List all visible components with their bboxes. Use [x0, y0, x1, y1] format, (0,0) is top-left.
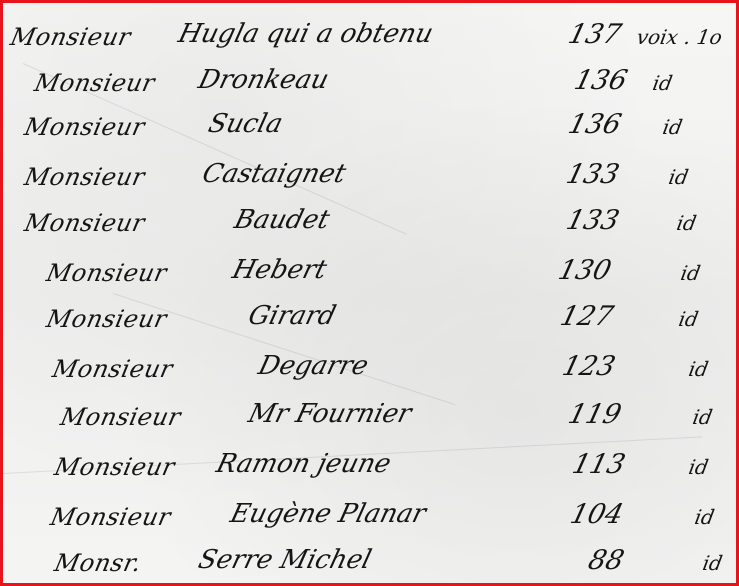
candidate-name: Dronkeau — [195, 65, 332, 95]
vote-count: 104 — [567, 499, 626, 530]
vote-count: 133 — [563, 159, 622, 190]
salutation: Monsieur — [44, 259, 170, 287]
salutation: Monsieur — [22, 113, 148, 141]
candidate-name: Mr Fournier — [245, 399, 414, 429]
tally-row: Monsieur Degarre 123 id — [3, 349, 736, 393]
tally-row: Monsieur Girard 127 id — [3, 299, 736, 343]
salutation: Monsieur — [22, 209, 148, 237]
salutation: Monsieur — [50, 355, 176, 383]
document-frame: Monsieur Hugla qui a obtenu 137 voix . 1… — [0, 0, 739, 586]
vote-count: 88 — [585, 545, 627, 576]
vote-unit: voix . 1o — [635, 25, 724, 49]
tally-row: Monsieur Hebert 130 id — [3, 253, 736, 297]
ditto-mark: id — [661, 115, 684, 139]
tally-row: Monsieur Sucla 136 id — [3, 107, 736, 151]
vote-count: 136 — [565, 109, 624, 140]
ditto-mark: id — [687, 357, 710, 381]
candidate-name: Hugla qui a obtenu — [175, 19, 436, 49]
salutation: Monsieur — [48, 503, 174, 531]
candidate-name: Girard — [245, 301, 339, 331]
vote-count: 119 — [565, 399, 624, 430]
ditto-mark: id — [691, 405, 714, 429]
vote-count: 130 — [555, 255, 614, 286]
salutation: Monsieur — [8, 23, 134, 51]
salutation: Monsieur — [44, 305, 170, 333]
candidate-name: Serre Michel — [195, 545, 374, 575]
ditto-mark: id — [667, 165, 690, 189]
ditto-mark: id — [677, 307, 700, 331]
vote-count: 127 — [557, 301, 616, 332]
candidate-name: Hebert — [229, 255, 329, 285]
vote-count: 133 — [563, 205, 622, 236]
ditto-mark: id — [693, 505, 716, 529]
salutation: Monsr. — [52, 549, 144, 577]
ditto-mark: id — [679, 261, 702, 285]
salutation: Monsieur — [22, 163, 148, 191]
tally-row: Monsieur Ramon jeune 113 id — [3, 447, 736, 491]
candidate-name: Eugène Planar — [227, 499, 429, 529]
candidate-name: Baudet — [231, 205, 332, 235]
ditto-mark: id — [651, 71, 674, 95]
tally-row: Monsieur Castaignet 133 id — [3, 157, 736, 201]
candidate-name: Degarre — [255, 351, 371, 381]
ditto-mark: id — [701, 551, 724, 575]
tally-row: Monsieur Eugène Planar 104 id — [3, 497, 736, 541]
candidate-name: Ramon jeune — [213, 449, 394, 479]
salutation: Monsieur — [58, 403, 184, 431]
tally-row: Monsieur Hugla qui a obtenu 137 voix . 1… — [3, 17, 736, 61]
vote-count: 136 — [571, 65, 630, 96]
tally-row: Monsieur Mr Fournier 119 id — [3, 397, 736, 441]
vote-count: 137 — [565, 19, 624, 50]
candidate-name: Sucla — [205, 109, 285, 139]
ditto-mark: id — [687, 455, 710, 479]
vote-count: 113 — [569, 449, 628, 480]
ditto-mark: id — [675, 211, 698, 235]
candidate-name: Castaignet — [199, 159, 349, 189]
tally-row: Monsr. Serre Michel 88 id — [3, 543, 736, 586]
salutation: Monsieur — [32, 69, 158, 97]
tally-row: Monsieur Dronkeau 136 id — [3, 63, 736, 107]
salutation: Monsieur — [52, 453, 178, 481]
tally-row: Monsieur Baudet 133 id — [3, 203, 736, 247]
vote-count: 123 — [559, 351, 618, 382]
